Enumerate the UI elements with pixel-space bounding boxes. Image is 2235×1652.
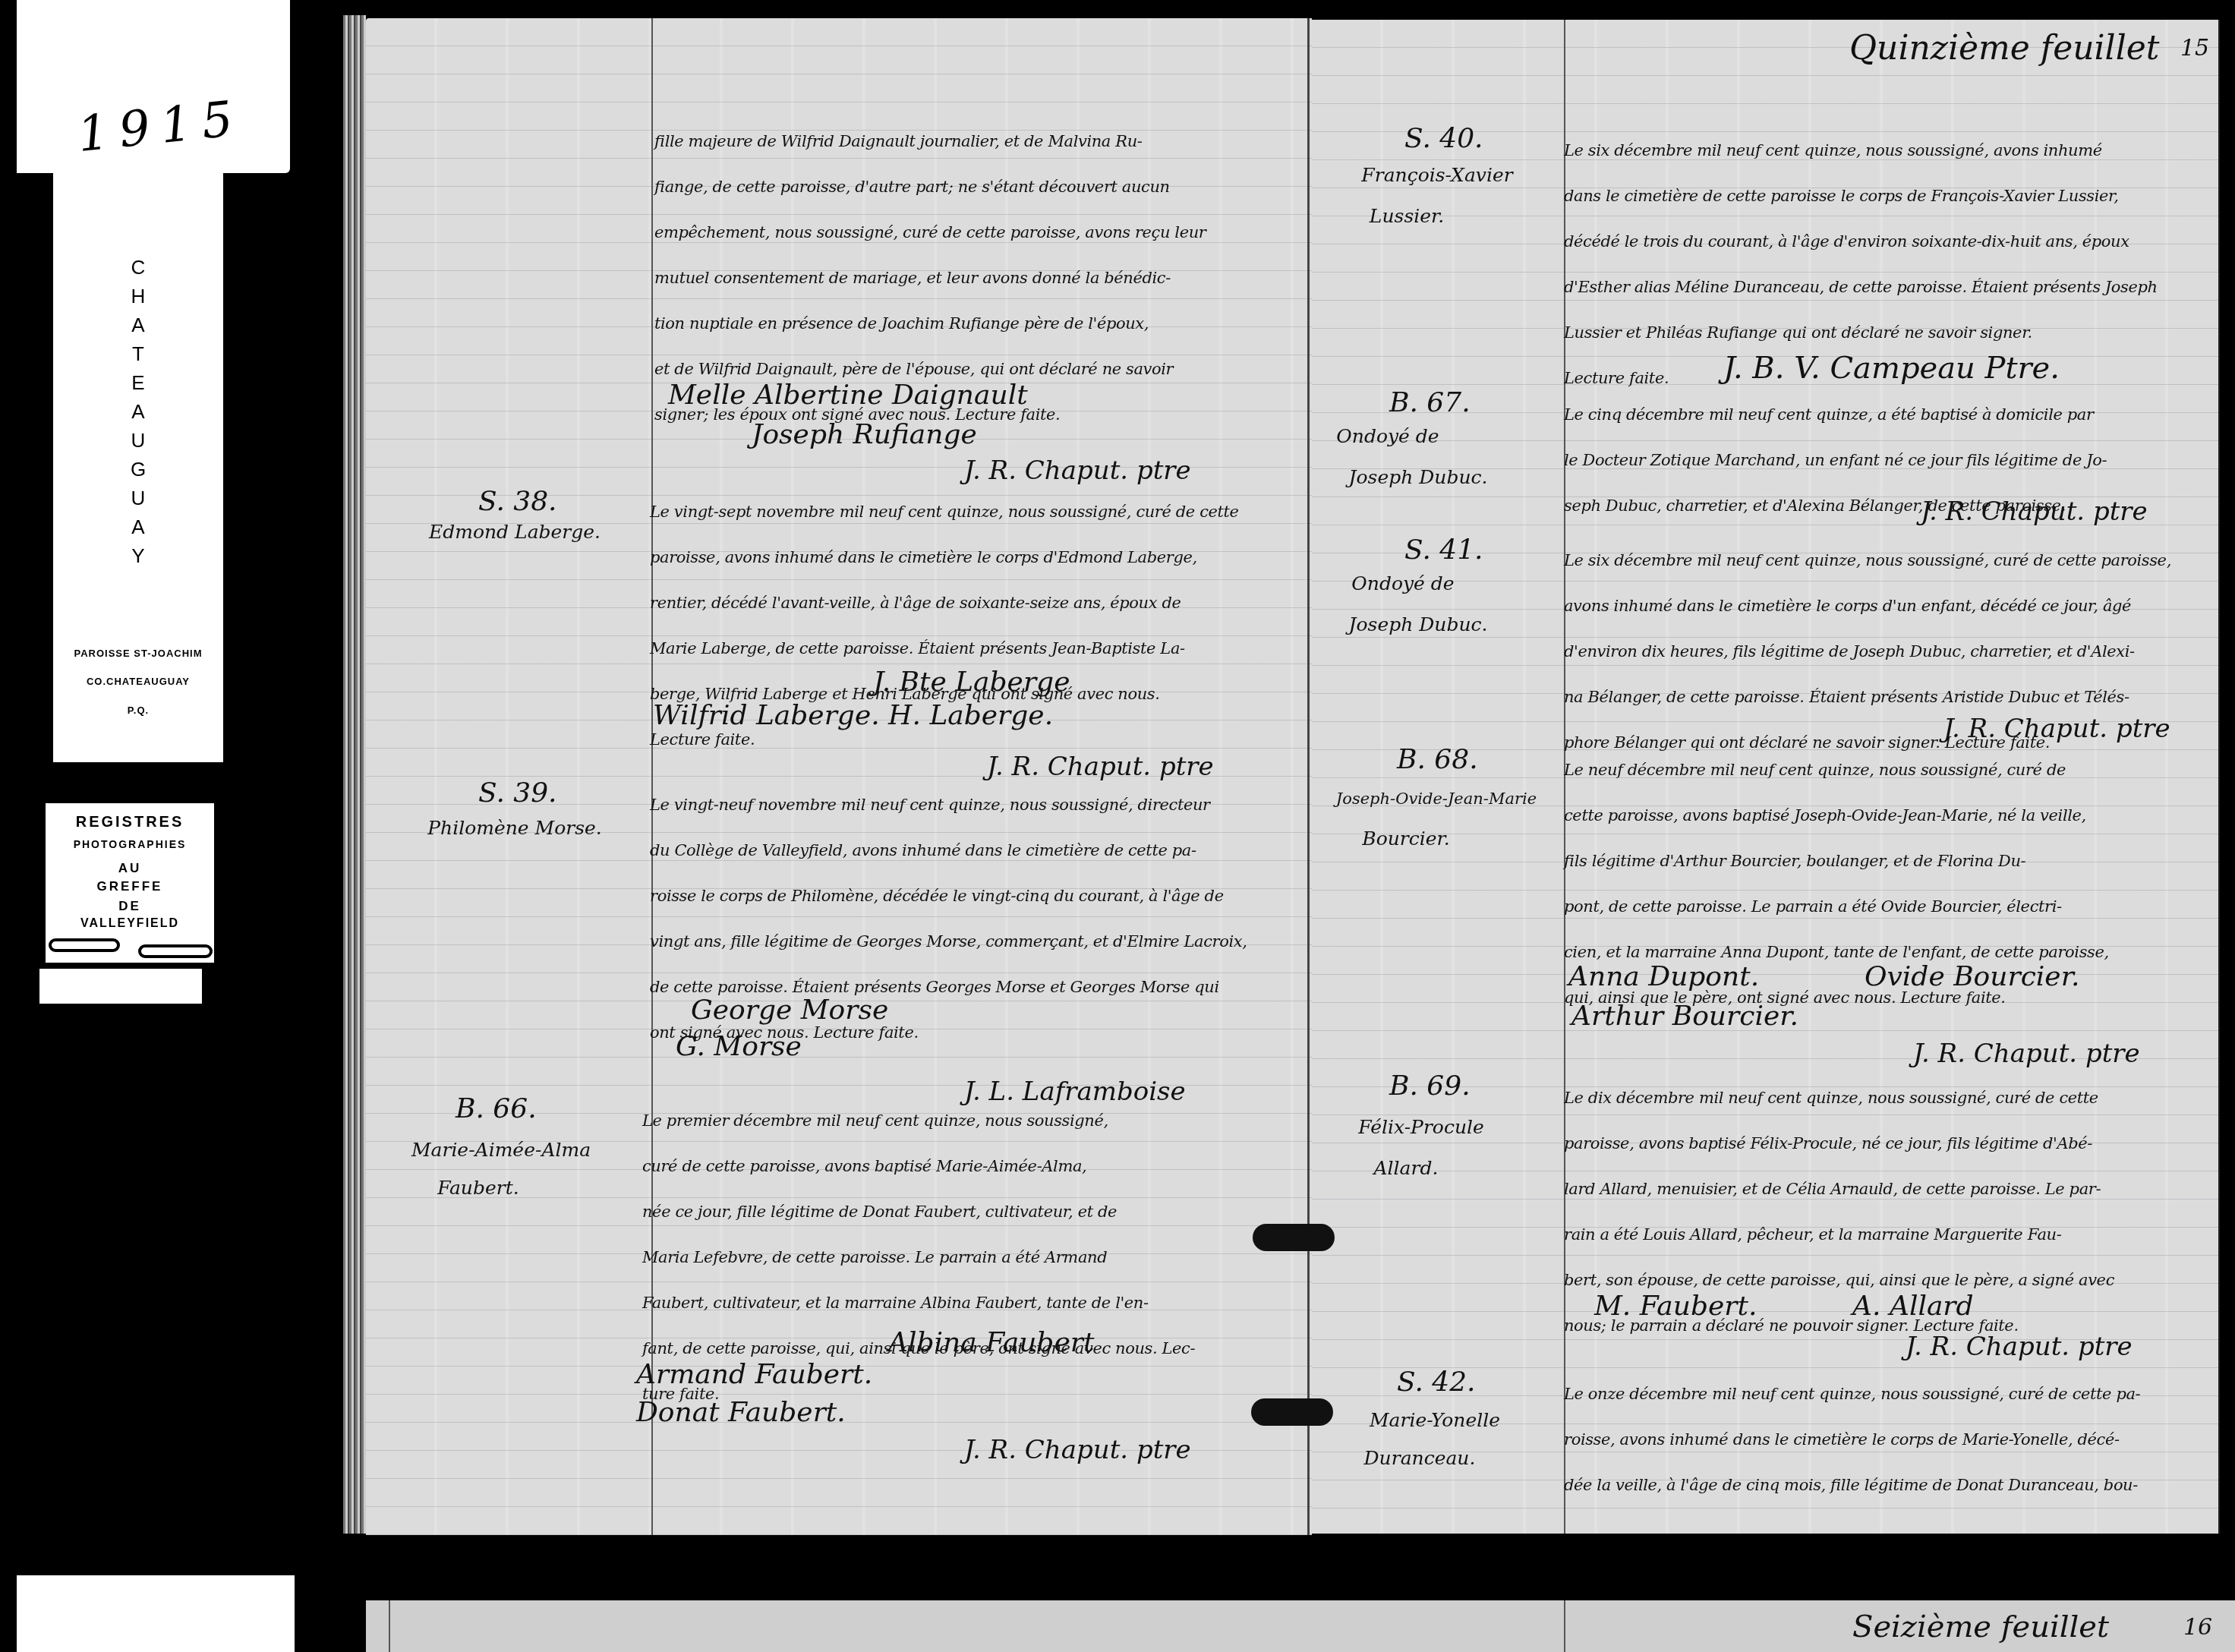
registre-line-1: REGISTRES	[46, 814, 214, 831]
signature: Melle Albertine Daignault	[668, 380, 1028, 411]
signature: Donat Faubert.	[636, 1397, 846, 1428]
signature: M. Faubert.	[1594, 1291, 1757, 1322]
entry-name: Lussier.	[1312, 205, 1502, 227]
next-page-rule	[389, 1600, 390, 1652]
entry-name: Marie-Yonelle	[1321, 1409, 1549, 1431]
parish-vertical-letter: A	[53, 512, 223, 541]
parish-vertical-letter: E	[53, 368, 223, 397]
parish-vertical-letter: U	[53, 426, 223, 455]
binding-ring-icon	[1253, 1224, 1335, 1251]
signature: Joseph Rufiange	[752, 419, 977, 450]
signature: Armand Faubert.	[636, 1359, 872, 1390]
next-page-number: 16	[2183, 1614, 2212, 1641]
entry-name: Félix-Procule	[1307, 1116, 1535, 1138]
parish-vertical-letter: H	[53, 282, 223, 311]
signature: Wilfrid Laberge. H. Laberge.	[653, 700, 1053, 731]
entry-code: B. 69.	[1389, 1070, 1471, 1102]
entry-name: Philomène Morse.	[386, 817, 644, 839]
registre-line-5: DE	[46, 899, 214, 914]
entry-code: B. 67.	[1389, 387, 1471, 418]
entry-text: Le onze décembre mil neuf cent quinze, n…	[1564, 1371, 2140, 1508]
entry-name: Joseph-Ovide-Jean-Marie	[1307, 790, 1565, 808]
book-gutter	[1307, 18, 1310, 1535]
priest-signature: J. R. Chaput. ptre	[1906, 1332, 2133, 1362]
priest-signature: J. R. Chaput. ptre	[1943, 714, 2170, 744]
paperclip-icon	[138, 944, 213, 958]
parish-vertical-letter: Y	[53, 541, 223, 570]
entry-code: S. 41.	[1404, 534, 1483, 566]
signature: J. Bte Laberge	[873, 667, 1070, 698]
parish-vertical-letter: C	[53, 253, 223, 282]
book-page-edges	[343, 15, 366, 1534]
priest-signature: J. R. Chaput. ptre	[1921, 497, 2148, 527]
priest-signature: J. R. Chaput. ptre	[1913, 1039, 2140, 1069]
entry-name: Allard.	[1307, 1157, 1505, 1179]
entry-name: Marie-Aimée-Alma	[372, 1139, 630, 1161]
signature: A. Allard	[1852, 1291, 1974, 1322]
entry-name: Bourcier.	[1307, 828, 1505, 850]
parish-line-1: PAROISSE ST-JOACHIM	[53, 648, 223, 659]
signature: Albina Faubert	[888, 1327, 1094, 1358]
entry-name: Joseph Dubuc.	[1312, 466, 1524, 488]
year-label: 1915	[75, 90, 246, 163]
entry-name: Duranceau.	[1321, 1447, 1518, 1469]
next-page-rule	[1564, 1600, 1565, 1652]
signature: Arthur Bourcier.	[1571, 1001, 1798, 1032]
next-label-card	[17, 1575, 295, 1652]
blank-label-card	[39, 969, 202, 1004]
page-number: 15	[2180, 35, 2209, 61]
entry-name: Faubert.	[372, 1177, 585, 1199]
parish-vertical-letter: T	[53, 339, 223, 368]
entry-code: S. 42.	[1397, 1367, 1476, 1398]
signature: Anna Dupont.	[1568, 961, 1759, 992]
parish-line-3: P.Q.	[53, 705, 223, 716]
registre-label-card: REGISTRES PHOTOGRAPHIES AU GREFFE DE VAL…	[46, 803, 214, 963]
entry-code: B. 66.	[456, 1093, 537, 1124]
registre-line-3: AU	[46, 861, 214, 876]
parish-label-card: CHATEAUGUAY PAROISSE ST-JOACHIM CO.CHATE…	[53, 173, 223, 762]
parish-vertical-letter: G	[53, 455, 223, 484]
parish-vertical-letter: U	[53, 484, 223, 512]
entry-name: Joseph Dubuc.	[1312, 613, 1524, 635]
entry-name: Edmond Laberge.	[386, 521, 644, 543]
entry-code: S. 39.	[478, 777, 557, 809]
priest-signature: J. R. Chaput. ptre	[987, 752, 1214, 782]
registre-line-2: PHOTOGRAPHIES	[46, 838, 214, 850]
priest-signature: J. R. Chaput. ptre	[964, 456, 1191, 486]
year-label-card: 1915	[17, 0, 290, 173]
signature: Ovide Bourcier.	[1865, 961, 2079, 992]
next-page-header-title: Seizième feuillet	[1852, 1609, 2109, 1644]
entry-name: François-Xavier	[1312, 164, 1562, 186]
page-header-title: Quinzième feuillet	[1849, 29, 2159, 68]
parish-vertical-letter: A	[53, 397, 223, 426]
parish-line-2: CO.CHATEAUGUAY	[53, 676, 223, 687]
parish-vertical-letter: A	[53, 311, 223, 339]
registre-line-6: VALLEYFIELD	[46, 917, 214, 931]
parish-vertical-label: CHATEAUGUAY	[53, 253, 223, 570]
priest-signature: J. B. V. Campeau Ptre.	[1723, 351, 2060, 386]
entry-name: Ondoyé de	[1312, 425, 1464, 447]
entry-code: S. 40.	[1404, 123, 1483, 154]
entry-name: Ondoyé de	[1312, 572, 1494, 594]
right-page-edge	[2218, 20, 2220, 1534]
signature: George Morse	[691, 995, 888, 1026]
entry-code: S. 38.	[478, 486, 557, 517]
paperclip-icon	[49, 938, 120, 952]
entry-code: B. 68.	[1397, 744, 1478, 775]
signature: G. Morse	[676, 1031, 802, 1062]
priest-signature: J. R. Chaput. ptre	[964, 1435, 1191, 1465]
registre-line-4: GREFFE	[46, 879, 214, 894]
